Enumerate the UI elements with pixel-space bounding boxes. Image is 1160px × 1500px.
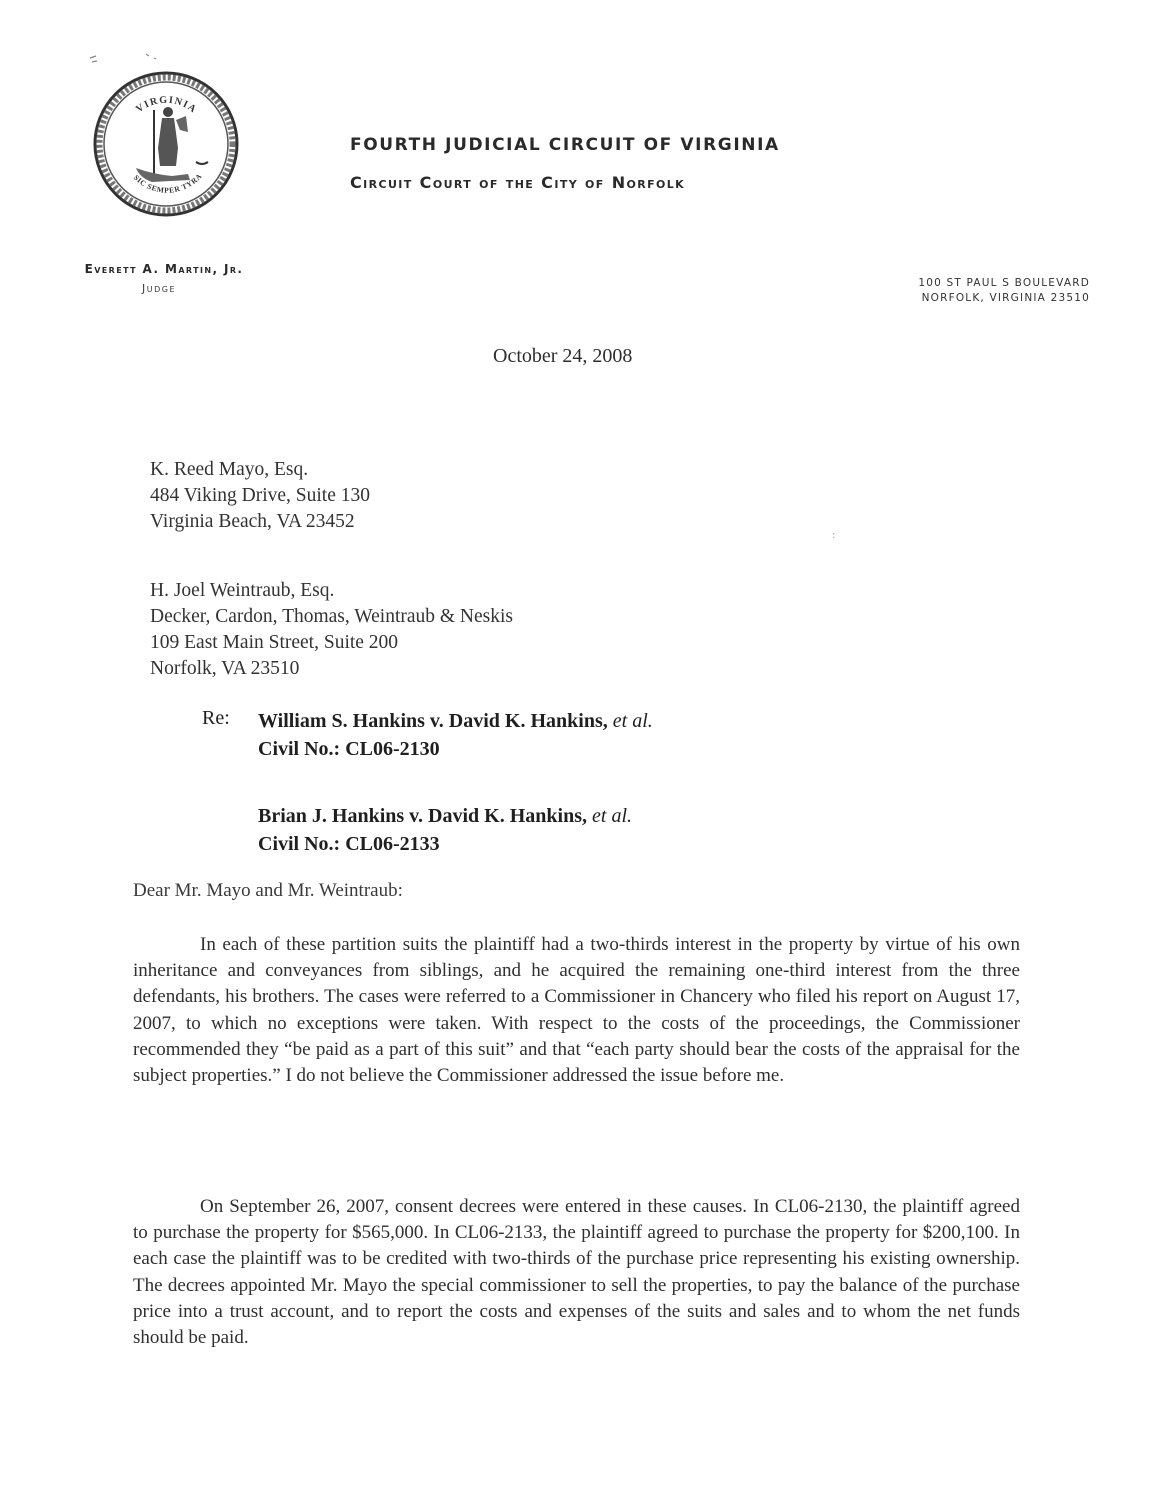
recipient-name: K. Reed Mayo, Esq. bbox=[150, 457, 370, 483]
virginia-state-seal-icon: VIRGINIA SIC SEMPER TYRANNIS bbox=[92, 70, 240, 218]
recipient-address: H. Joel Weintraub, Esq. Decker, Cardon, … bbox=[150, 578, 513, 682]
circuit-heading: FOURTH JUDICIAL CIRCUIT OF VIRGINIA bbox=[350, 135, 780, 155]
court-address-line: 100 ST PAUL S BOULEVARD bbox=[860, 276, 1090, 291]
recipient-city: Virginia Beach, VA 23452 bbox=[150, 509, 370, 535]
recipient-firm: Decker, Cardon, Thomas, Weintraub & Nesk… bbox=[150, 604, 513, 630]
scan-specks bbox=[84, 48, 174, 68]
court-address-line: NORFOLK, VIRGINIA 23510 bbox=[860, 291, 1090, 306]
judge-title: Judge bbox=[64, 282, 254, 295]
case-title: William S. Hankins v. David K. Hankins, … bbox=[258, 707, 653, 735]
body-paragraph: On September 26, 2007, consent decrees w… bbox=[133, 1194, 1020, 1351]
recipient-street: 484 Viking Drive, Suite 130 bbox=[150, 483, 370, 509]
case-reference: William S. Hankins v. David K. Hankins, … bbox=[258, 707, 653, 763]
court-address: 100 ST PAUL S BOULEVARD NORFOLK, VIRGINI… bbox=[860, 276, 1090, 306]
recipient-street: 109 East Main Street, Suite 200 bbox=[150, 630, 513, 656]
recipient-city: Norfolk, VA 23510 bbox=[150, 656, 513, 682]
recipient-address: K. Reed Mayo, Esq. 484 Viking Drive, Sui… bbox=[150, 457, 370, 535]
case-number: Civil No.: CL06-2130 bbox=[258, 735, 653, 763]
re-label: Re: bbox=[202, 707, 230, 730]
case-number: Civil No.: CL06-2133 bbox=[258, 830, 632, 858]
court-heading: Circuit Court of the City of Norfolk bbox=[350, 173, 685, 192]
letter-date: October 24, 2008 bbox=[493, 345, 632, 368]
salutation: Dear Mr. Mayo and Mr. Weintraub: bbox=[133, 880, 403, 902]
scan-artifact: : bbox=[832, 530, 835, 541]
case-title: Brian J. Hankins v. David K. Hankins, et… bbox=[258, 802, 632, 830]
judge-name: Everett A. Martin, Jr. bbox=[64, 262, 264, 276]
body-paragraph: In each of these partition suits the pla… bbox=[133, 932, 1020, 1089]
recipient-name: H. Joel Weintraub, Esq. bbox=[150, 578, 513, 604]
case-reference: Brian J. Hankins v. David K. Hankins, et… bbox=[258, 802, 632, 858]
